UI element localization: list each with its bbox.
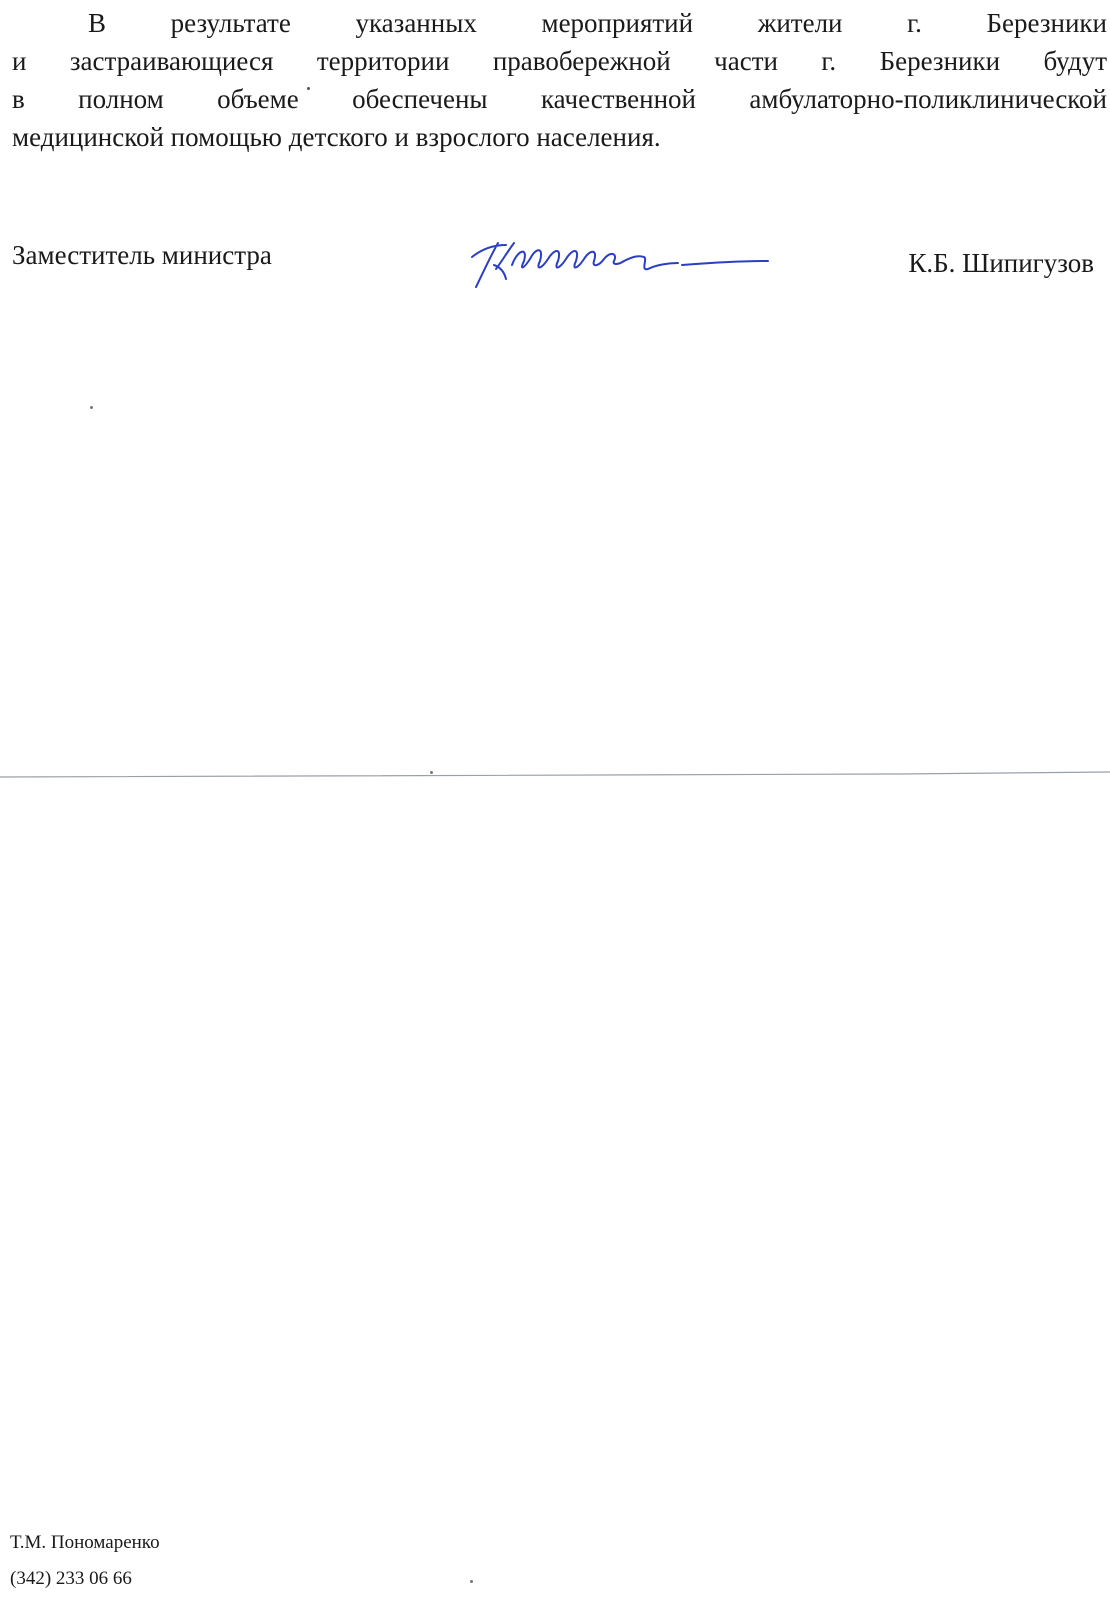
executor-name: Т.М. Пономаренко: [10, 1532, 160, 1554]
handwritten-signature: [468, 235, 788, 295]
scan-speck: [90, 406, 93, 409]
paragraph-line-3: в полном объеме обеспечены качественной …: [12, 80, 1107, 118]
paper-fold-line: [0, 770, 1110, 780]
body-paragraph: В результате указанных мероприятий жител…: [12, 4, 1107, 156]
signatory-title: Заместитель министра: [12, 240, 272, 271]
signatory-name: К.Б. Шипигузов: [908, 248, 1094, 279]
paragraph-line-2: и застраивающиеся территории правобережн…: [12, 42, 1107, 80]
scan-speck: [430, 771, 433, 774]
scan-speck: [470, 1580, 473, 1583]
paragraph-line-4: медицинской помощью детского и взрослого…: [12, 118, 1107, 156]
scan-speck: [307, 87, 310, 90]
paragraph-line-1: В результате указанных мероприятий жител…: [12, 4, 1107, 42]
executor-phone: (342) 233 06 66: [10, 1568, 132, 1590]
signature-block: Заместитель министра К.Б. Шипигузов: [12, 235, 1102, 295]
